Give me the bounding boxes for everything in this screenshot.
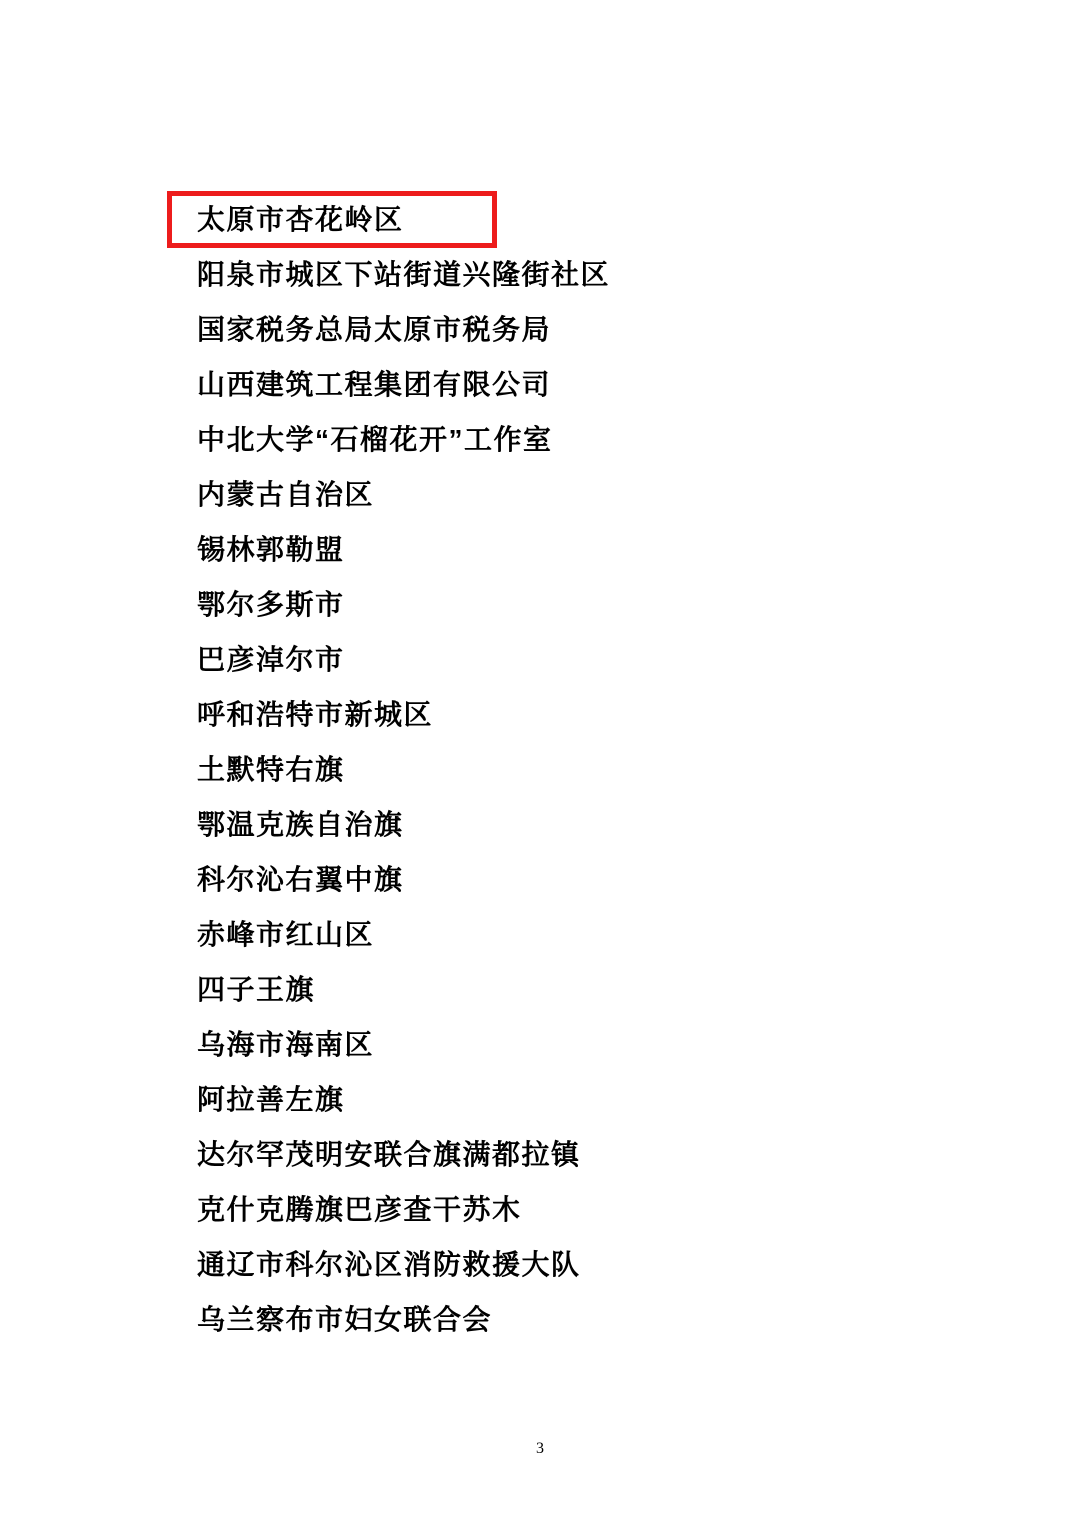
list-item-text: 阿拉善左旗 [197,1086,345,1114]
list-item: 土默特右旗 [197,742,610,797]
list-item-text: 四子王旗 [197,976,315,1004]
list-item-text: 鄂尔多斯市 [197,591,345,619]
list-item: 达尔罕茂明安联合旗满都拉镇 [197,1127,610,1182]
list-item: 克什克腾旗巴彦查干苏木 [197,1182,610,1237]
list-item-text: 鄂温克族自治旗 [197,811,404,839]
list-item: 巴彦淖尔市 [197,632,610,687]
list-item: 呼和浩特市新城区 [197,687,610,742]
list-item-text: 中北大学“石榴花开”工作室 [197,426,553,454]
list-item-text: 克什克腾旗巴彦查干苏木 [197,1196,522,1224]
list-item-text: 山西建筑工程集团有限公司 [197,371,551,399]
list-item: 太原市杏花岭区 [197,192,610,247]
list-item: 赤峰市红山区 [197,907,610,962]
list-item: 乌兰察布市妇女联合会 [197,1292,610,1347]
list-item: 内蒙古自治区 [197,467,610,522]
list-item-text: 达尔罕茂明安联合旗满都拉镇 [197,1141,581,1169]
list-item-text: 锡林郭勒盟 [197,536,345,564]
page-number: 3 [0,1440,1080,1458]
list-item: 鄂尔多斯市 [197,577,610,632]
list-item-text: 科尔沁右翼中旗 [197,866,404,894]
list-item: 科尔沁右翼中旗 [197,852,610,907]
list-item-text: 阳泉市城区下站街道兴隆街社区 [197,261,610,289]
list-item: 锡林郭勒盟 [197,522,610,577]
list-item: 山西建筑工程集团有限公司 [197,357,610,412]
list-item: 国家税务总局太原市税务局 [197,302,610,357]
list-item-text: 乌海市海南区 [197,1031,374,1059]
list-item-text: 通辽市科尔沁区消防救援大队 [197,1251,581,1279]
list-item-text: 赤峰市红山区 [197,921,374,949]
list-item-text: 内蒙古自治区 [197,481,374,509]
list-item-text: 巴彦淖尔市 [197,646,345,674]
list-item-text: 太原市杏花岭区 [197,206,404,234]
list-item-text: 国家税务总局太原市税务局 [197,316,551,344]
list-item: 中北大学“石榴花开”工作室 [197,412,610,467]
list-item: 乌海市海南区 [197,1017,610,1072]
list-item: 阳泉市城区下站街道兴隆街社区 [197,247,610,302]
list-item-text: 呼和浩特市新城区 [197,701,433,729]
list-item: 鄂温克族自治旗 [197,797,610,852]
list-item: 通辽市科尔沁区消防救援大队 [197,1237,610,1292]
list-item-text: 土默特右旗 [197,756,345,784]
document-page: 太原市杏花岭区阳泉市城区下站街道兴隆街社区国家税务总局太原市税务局山西建筑工程集… [0,0,1080,1527]
list-item: 四子王旗 [197,962,610,1017]
name-list: 太原市杏花岭区阳泉市城区下站街道兴隆街社区国家税务总局太原市税务局山西建筑工程集… [197,192,610,1347]
list-item: 阿拉善左旗 [197,1072,610,1127]
list-item-text: 乌兰察布市妇女联合会 [197,1306,492,1334]
